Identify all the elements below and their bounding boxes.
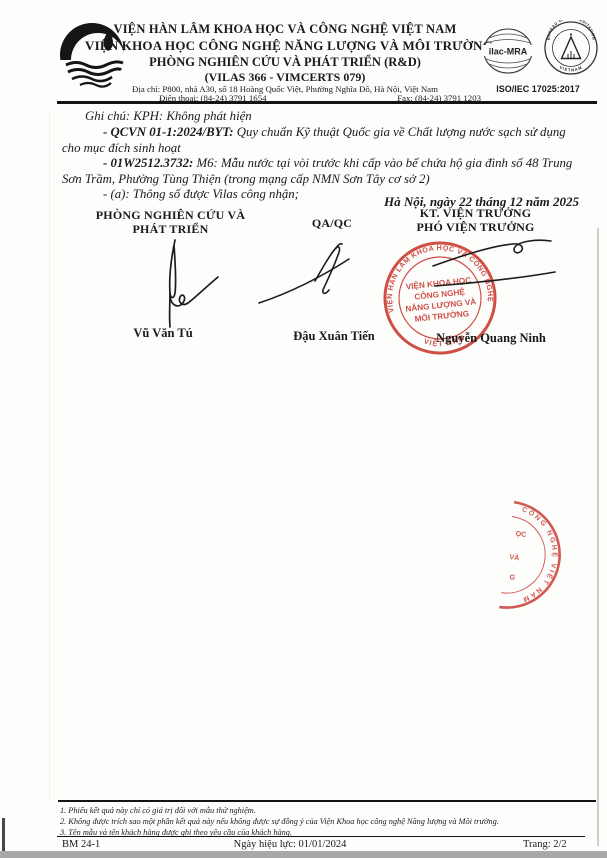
edge-stamp: CÔNG NGHỆ VIỆT NAM ỌC VÀ G [497,491,593,633]
signature-dau-xuan-tien [253,243,368,311]
iso-certification-label: ISO/IEC 17025:2017 [490,84,586,94]
form-code: BM 24-1 [62,839,100,850]
boa-bottom-label: VIETNAM [559,64,584,72]
ilac-mra-logo-icon: ilac-MRA [480,27,538,75]
footer-top-rule [58,800,596,802]
left-crease-line [49,112,50,802]
header-rule [57,101,597,104]
department-name: PHÒNG NGHIÊN CỨU VÀ PHÁT TRIỂN (R&D) [85,55,485,70]
signer-name-right: Nguyễn Quang Ninh [421,331,561,346]
boa-logo-icon: BUREAU OF ACCREDITATION VIETNAM [539,20,603,78]
footnote-1: 1. Phiếu kết quả này chỉ có giá trị đối … [60,806,256,815]
bottom-scan-bar [0,851,607,858]
svg-text:VIETNAM: VIETNAM [559,64,584,72]
note-legend: Ghi chú: KPH: Không phát hiện [85,109,252,124]
signature-nguyen-quang-ninh [425,236,560,298]
signer-name-left: Vũ Văn Tú [113,326,213,341]
edge-stamp-fragment-2: VÀ [509,552,520,562]
document-page: VIỆN HÀN LÂM KHOA HỌC VÀ CÔNG NGHỆ VIỆT … [0,0,607,858]
page-number: Trang: 2/2 [523,839,567,850]
note-sample: - 01W2512.3732: M6: Mẫu nước tại vòi trư… [103,156,572,171]
note-sample-continued: Sơn Trầm, Phường Tùng Thiện (trong mạng … [62,172,430,187]
signer-name-middle: Đậu Xuân Tiến [274,329,394,344]
note-qcvn-continued: cho mục đích sinh hoạt [62,141,181,156]
signature-vu-van-tu [128,237,243,332]
right-edge-line [597,228,599,846]
accreditation-codes: (VILAS 366 - VIMCERTS 079) [85,70,485,85]
qaqc-signature-title: QA/QC [297,216,367,230]
effective-date-label: Ngày hiệu lực: 01/01/2024 [180,839,400,850]
edge-stamp-fragment-1: ỌC [515,529,527,539]
footer-mid-rule [57,836,585,837]
note-qcvn: - QCVN 01-1:2024/BYT: Quy chuẩn Kỹ thuật… [103,125,566,140]
note-vilas: - (a): Thông số được Vilas công nhận; [103,187,299,202]
left-edge-mark [2,818,5,851]
director-signature-title: KT. VIỆN TRƯỞNG PHÓ VIỆN TRƯỞNG [383,206,568,234]
org-name-line1: VIỆN HÀN LÂM KHOA HỌC VÀ CÔNG NGHỆ VIỆT … [85,22,485,37]
dept-signature-title: PHÒNG NGHIÊN CỨU VÀ PHÁT TRIỂN [68,208,273,236]
org-name-line2: VIỆN KHOA HỌC CÔNG NGHỆ NĂNG LƯỢNG VÀ MÔ… [85,38,485,54]
ilac-mra-label: ilac-MRA [489,47,528,57]
edge-stamp-fragment-3: G [509,572,516,582]
footnote-2: 2. Không được trích sao một phần kết quả… [60,817,499,826]
